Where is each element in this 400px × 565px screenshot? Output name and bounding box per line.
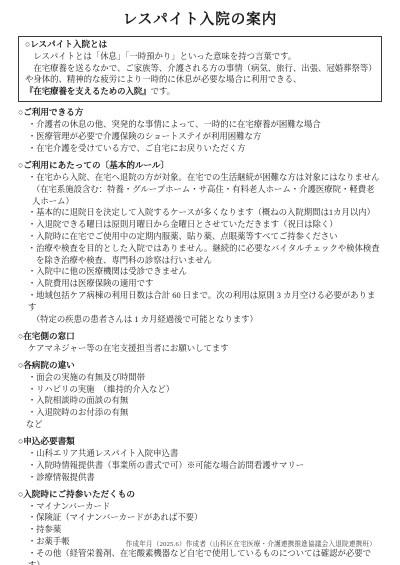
intro-box: ○レスパイト入院とは レスパイトとは「休息」「一時預かり」といった意味を持つ言葉… [18,36,382,102]
text-line: ・治療や検査を目的とした入院ではありません。継続的に必要なバイタルチェックや検体… [18,243,382,267]
text-line: ・マイナンバーカード [18,501,382,513]
intro-line-3-rest: です。 [151,87,175,96]
intro-line-3: 『在宅療養を支えるための入院』です。 [25,86,375,98]
text-line: ・入院費用は医療保険の適用です [18,278,382,290]
text-line: ・その他（経管栄養剤、在宅酸素機器など自宅で使用しているものについては確認が必要… [18,548,382,565]
text-line: ・医療管理が必要で介護保険のショートステイが利用困難な方 [18,131,382,143]
text-line: ・入院時に在宅でご使用中の定期内服薬、貼り薬、点眼薬等すべてご持参ください [18,231,382,243]
intro-heading: ○レスパイト入院とは [25,39,375,51]
section: ○申込必要書類・山科エリア共通レスパイト入院申込書・入院時情報提供書（事業所の書… [18,436,382,483]
intro-line-2: 在宅療養を送るなかで、ご家族等、介護される方の事情（病気、旅行、出張、冠婚葬祭等… [25,63,375,87]
text-line: ・入院相談時の面談の有無 [18,395,382,407]
text-line: ・山科エリア共通レスパイト入院申込書 [18,448,382,460]
text-line: など [18,419,382,431]
text-line: ・介護者の休息の他、突発的な事情によって、一時的に在宅療養が困難な場合 [18,119,382,131]
section-heading: ○入院時にご持参いただくもの [18,489,382,501]
text-line: ・基本的に退院日を決定して入院するケースが多くなります（概ねの入院期間は1カ月以… [18,207,382,219]
section-heading: ○ご利用できる方 [18,107,382,119]
section-heading: ○各病院の違い [18,360,382,372]
section-heading: ○ご利用にあたっての〔基本的ルール〕 [18,160,382,172]
text-line: ・地域包括ケア病棟の利用日数は合計 60 日まで。次の利用は原則 3 カ月空ける… [18,290,382,314]
text-line: ・入退院時のお付添の有無 [18,407,382,419]
intro-line-3-emphasis: 『在宅療養を支えるための入院』 [25,86,151,96]
text-line: ・在宅から入院、在宅へ退院の方が対象。在宅での生活継続が困難な方は対象にはなりま… [18,172,382,184]
text-line: ・面会の実施の有無及び時間帯 [18,372,382,384]
text-line: ・保険証（マイナンバーカードがあれば不要） [18,512,382,524]
section-heading: ○申込必要書類 [18,436,382,448]
section: ○各病院の違い・面会の実施の有無及び時間帯・リハビリの実施 （維持的介入など）・… [18,360,382,431]
text-line: （在宅系施設含む：特養・グループホーム・サ高住・有料老人ホーム・介護医療院・軽費… [18,184,382,208]
sections: ○ご利用できる方・介護者の休息の他、突発的な事情によって、一時的に在宅療養が困難… [18,107,382,565]
text-line: ・持参薬 [18,524,382,536]
section: ○ご利用できる方・介護者の休息の他、突発的な事情によって、一時的に在宅療養が困難… [18,107,382,154]
text-line: ケアマネジャー等の在宅支援担当者にお願いしてます [18,343,382,355]
section-heading: ○在宅側の窓口 [18,331,382,343]
section: ○ご利用にあたっての〔基本的ルール〕・在宅から入院、在宅へ退院の方が対象。在宅で… [18,160,382,325]
section: ○入院時にご持参いただくもの・マイナンバーカード・保険証（マイナンバーカードがあ… [18,489,382,565]
text-line: ・リハビリの実施 （維持的介入など） [18,384,382,396]
page-title: レスパイト入院の案内 [18,8,382,29]
text-line: ・在宅介護を受けている方で、ご自宅にお戻りいただく方 [18,143,382,155]
text-line: （特定の疾患の患者さんは 1 カ月経過後で可能となります） [18,314,382,326]
text-line: ・入院時情報提供書（事業所の書式で可）※可能な場合訪問看護サマリー [18,460,382,472]
section: ○在宅側の窓口ケアマネジャー等の在宅支援担当者にお願いしてます [18,331,382,355]
intro-line-1: レスパイトとは「休息」「一時預かり」といった意味を持つ言葉です。 [25,51,375,63]
text-line: ・診療情報提供書 [18,472,382,484]
text-line: ・入院中に他の医療機関は受診できません [18,266,382,278]
text-line: ・入退院できる曜日は原則月曜日から金曜日とさせていただきます（祝日は除く） [18,219,382,231]
footer-credit: 作成年月（2025.6）作成者（山科区在宅医療・介護連携推進協議会入退院連携班） [126,538,376,548]
document-page: レスパイト入院の案内 ○レスパイト入院とは レスパイトとは「休息」「一時預かり」… [0,0,400,565]
